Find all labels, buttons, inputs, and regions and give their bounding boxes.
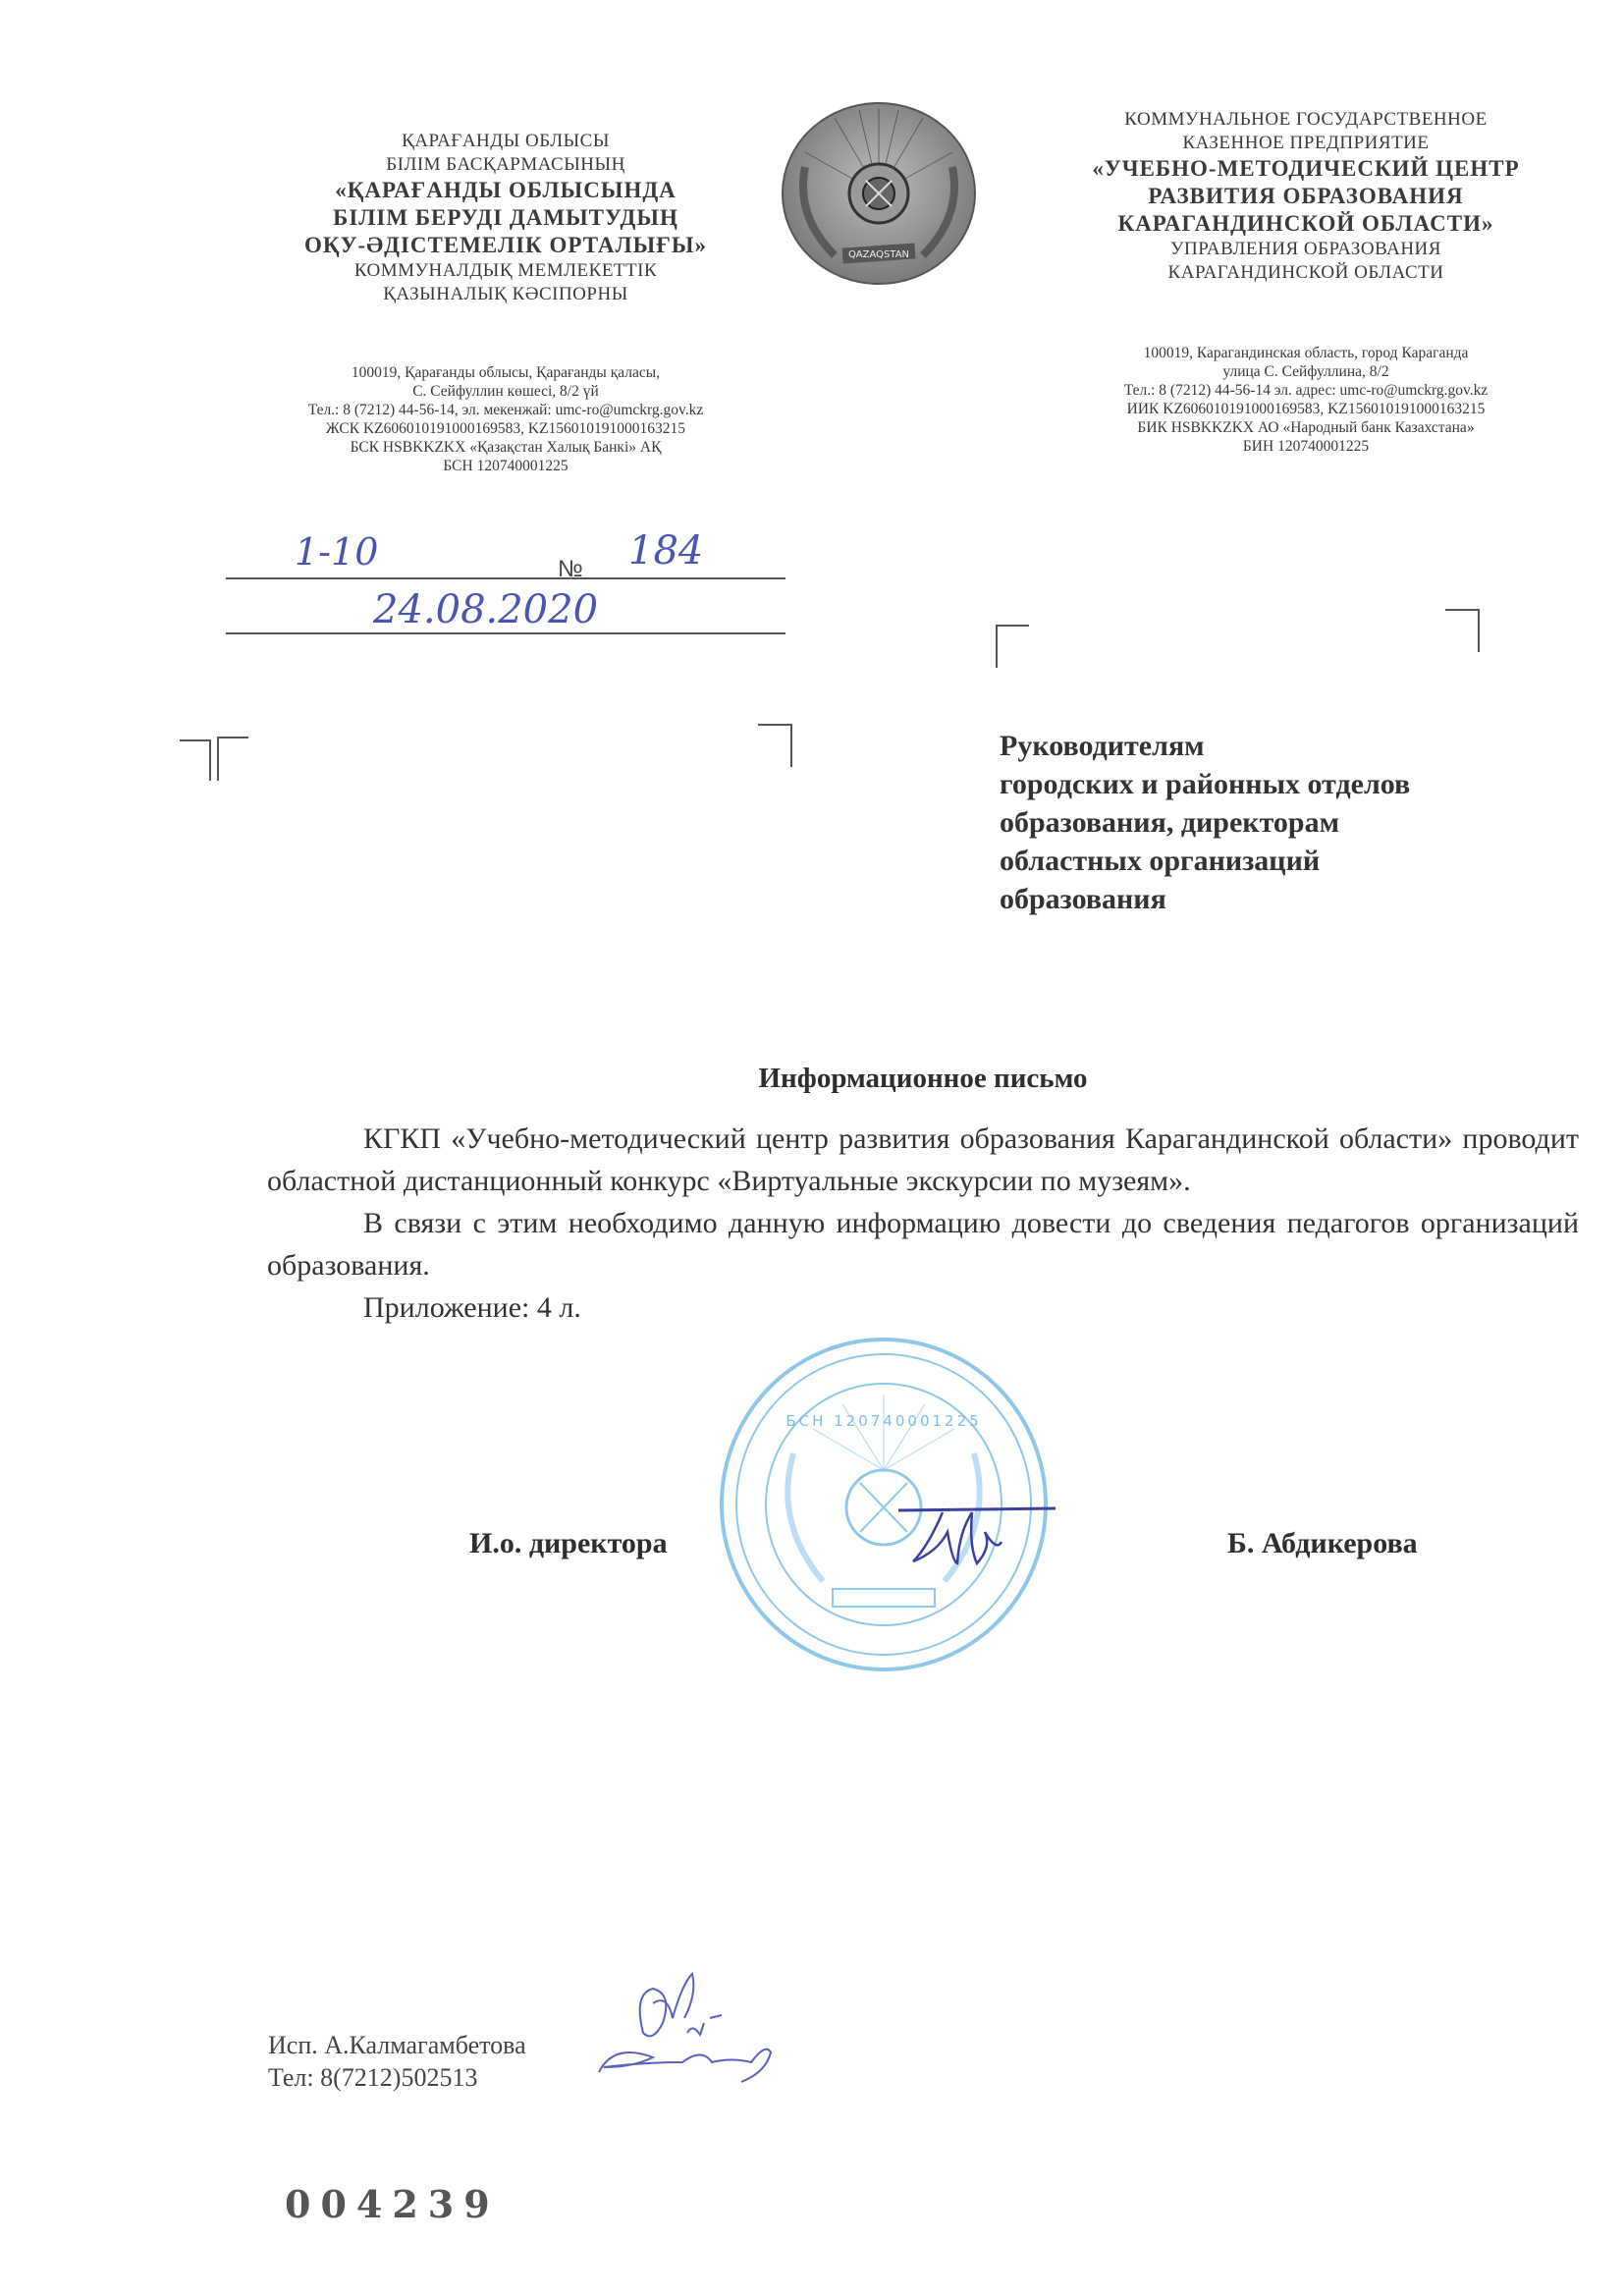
- registration-date: 24.08.2020: [373, 587, 598, 632]
- addressee-line: образования, директорам: [1000, 803, 1589, 842]
- addressee-block: Руководителям городских и районных отдел…: [1000, 727, 1589, 918]
- bank-account-line: ЖСК KZ606010191000169583, KZ156010191000…: [250, 419, 761, 438]
- signatory-name: Б. Абдикерова: [1227, 1527, 1418, 1560]
- executor-block: Исп. А.Калмагамбетова Тел: 8(7212)502513: [268, 2029, 526, 2094]
- letterhead-kz-line: ҚАЗЫНАЛЫҚ КӘСІПОРНЫ: [250, 283, 761, 306]
- attachment-note: Приложение: 4 л.: [267, 1286, 1579, 1329]
- bank-account-line: ИИК KZ606010191000169583, KZ156010191000…: [1065, 400, 1546, 418]
- letterhead-ru-line: КОММУНАЛЬНОЕ ГОСУДАРСТВЕННОЕ: [1065, 108, 1546, 132]
- director-signature: [898, 1493, 1056, 1571]
- addressee-line: Руководителям: [1000, 727, 1589, 765]
- corner-bracket: [180, 739, 211, 781]
- registration-underline: [226, 577, 785, 579]
- letterhead-kz: ҚАРАҒАНДЫ ОБЛЫСЫ БІЛІМ БАСҚАРМАСЫНЫҢ «ҚА…: [250, 130, 761, 306]
- letterhead-kz-org-name: БІЛІМ БЕРУДІ ДАМЫТУДЫҢ: [250, 204, 761, 232]
- corner-bracket: [996, 625, 1029, 668]
- registration-index: 1-10: [295, 530, 378, 574]
- body-paragraph: КГКП «Учебно-методический центр развития…: [267, 1118, 1579, 1202]
- registration-underline: [226, 632, 785, 634]
- letterhead-kz-address: 100019, Қарағанды облысы, Қарағанды қала…: [250, 363, 761, 475]
- corner-bracket: [1445, 609, 1480, 652]
- addressee-line: городских и районных отделов: [1000, 765, 1589, 803]
- letterhead-kz-line: ҚАРАҒАНДЫ ОБЛЫСЫ: [250, 130, 761, 153]
- address-line: улица С. Сейфуллина, 8/2: [1065, 362, 1546, 381]
- bin-line: БИН 120740001225: [1065, 437, 1546, 456]
- letterhead-ru-org-name: «УЧЕБНО-МЕТОДИЧЕСКИЙ ЦЕНТР: [1065, 155, 1546, 183]
- form-serial-number: 004239: [285, 2182, 500, 2226]
- registration-number: 184: [628, 528, 703, 574]
- letterhead-kz-org-name: ОҚУ-ӘДІСТЕМЕЛІК ОРТАЛЫҒЫ»: [250, 232, 761, 259]
- letterhead-ru-org-name: РАЗВИТИЯ ОБРАЗОВАНИЯ: [1065, 183, 1546, 210]
- kazakhstan-state-emblem-icon: QAZAQSTAN: [776, 98, 982, 290]
- address-line: С. Сейфуллин көшесі, 8/2 үй: [250, 382, 761, 401]
- addressee-line: образования: [1000, 880, 1589, 918]
- bin-line: БСН 120740001225: [250, 457, 761, 475]
- letter-title: Информационное письмо: [255, 1063, 1591, 1095]
- contact-line: Тел.: 8 (7212) 44-56-14, эл. мекенжай: u…: [250, 401, 761, 419]
- letterhead-kz-line: БІЛІМ БАСҚАРМАСЫНЫҢ: [250, 153, 761, 177]
- executor-name: Исп. А.Калмагамбетова: [268, 2029, 526, 2061]
- letterhead-ru-org-name: КАРАГАНДИНСКОЙ ОБЛАСТИ»: [1065, 210, 1546, 238]
- bank-code-line: БСК HSBKKZKX «Қазақстан Халық Банкі» АҚ: [250, 438, 761, 457]
- executor-signature: [594, 1964, 781, 2092]
- svg-text:QAZAQSTAN: QAZAQSTAN: [848, 249, 909, 260]
- corner-bracket: [758, 724, 792, 767]
- svg-text:БСН 120740001225: БСН 120740001225: [785, 1412, 981, 1430]
- letterhead-ru-line: УПРАВЛЕНИЯ ОБРАЗОВАНИЯ: [1065, 238, 1546, 261]
- executor-phone: Тел: 8(7212)502513: [268, 2061, 526, 2094]
- signatory-title: И.о. директора: [469, 1527, 668, 1560]
- letterhead-ru: КОММУНАЛЬНОЕ ГОСУДАРСТВЕННОЕ КАЗЕННОЕ ПР…: [1065, 108, 1546, 285]
- letterhead-kz-line: КОММУНАЛДЫҚ МЕМЛЕКЕТТІК: [250, 259, 761, 283]
- letterhead-ru-line: КАРАГАНДИНСКОЙ ОБЛАСТИ: [1065, 261, 1546, 285]
- address-line: 100019, Карагандинская область, город Ка…: [1065, 344, 1546, 362]
- corner-bracket: [217, 737, 248, 781]
- letterhead-ru-address: 100019, Карагандинская область, город Ка…: [1065, 344, 1546, 456]
- address-line: 100019, Қарағанды облысы, Қарағанды қала…: [250, 363, 761, 382]
- contact-line: Тел.: 8 (7212) 44-56-14 эл. адрес: umc-r…: [1065, 381, 1546, 400]
- letterhead-ru-line: КАЗЕННОЕ ПРЕДПРИЯТИЕ: [1065, 132, 1546, 155]
- bank-code-line: БИК HSBKKZKX АО «Народный банк Казахстан…: [1065, 418, 1546, 437]
- addressee-line: областных организаций: [1000, 842, 1589, 880]
- body-paragraph: В связи с этим необходимо данную информа…: [267, 1202, 1579, 1286]
- letter-body: КГКП «Учебно-методический центр развития…: [267, 1118, 1579, 1329]
- letterhead-kz-org-name: «ҚАРАҒАНДЫ ОБЛЫСЫНДА: [250, 177, 761, 204]
